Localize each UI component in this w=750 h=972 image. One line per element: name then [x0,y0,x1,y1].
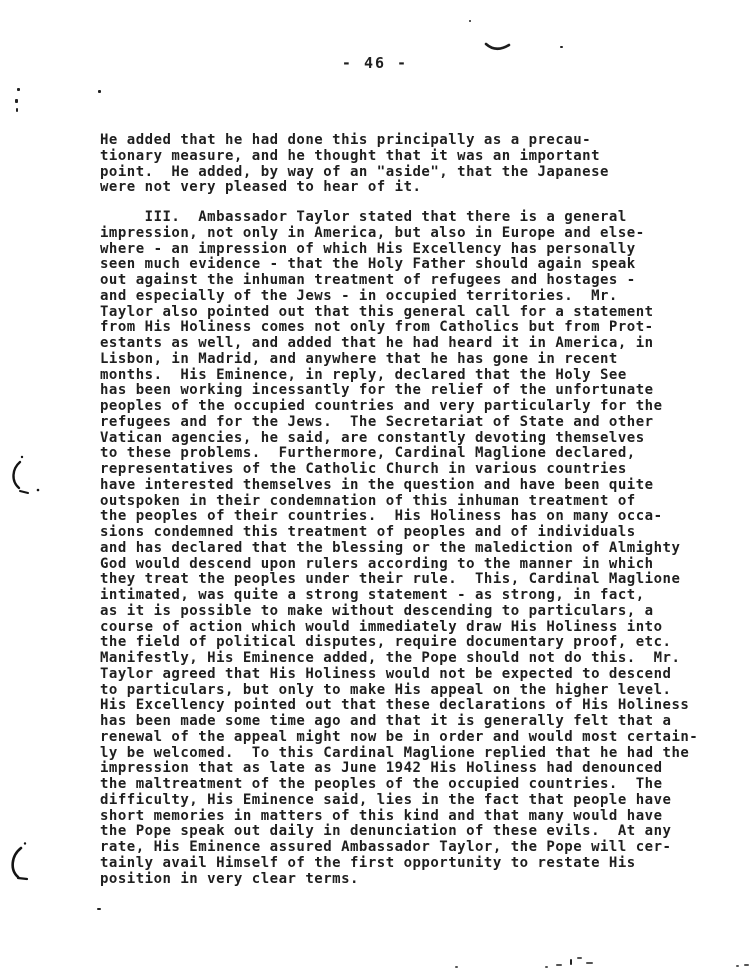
text-line: seen much evidence - that the Holy Fathe… [100,257,698,273]
text-line: renewal of the appeal might now be in or… [100,730,698,746]
text-line: course of action which would immediately… [100,620,698,636]
text-line: short memories in matters of this kind a… [100,809,698,825]
text-line: Vatican agencies, he said, are constantl… [100,431,698,447]
ink-speck [560,46,563,48]
ink-speck [736,965,739,967]
ink-speck [577,957,582,959]
text-line: rate, His Eminence assured Ambassador Ta… [100,840,698,856]
text-line: representatives of the Catholic Church i… [100,462,698,478]
text-line: tionary measure, and he thought that it … [100,149,609,165]
text-line: out against the inhuman treatment of ref… [100,273,698,289]
text-line: to particulars, but only to make His app… [100,683,698,699]
paragraph-section-iii: III. Ambassador Taylor stated that there… [100,210,698,887]
text-line: peoples of the occupied countries and ve… [100,399,698,415]
text-line: outspoken in their condemnation of this … [100,494,698,510]
text-line: God would descend upon rulers according … [100,557,698,573]
text-line: Taylor also pointed out that this genera… [100,305,698,321]
text-line: Manifestly, His Eminence added, the Pope… [100,651,698,667]
text-line: the maltreatment of the peoples of the o… [100,777,698,793]
text-line: estants as well, and added that he had h… [100,336,698,352]
ink-speck [469,20,471,22]
ink-speck [545,966,548,968]
page-number: - 46 - [0,54,750,72]
ink-speck [17,88,20,91]
text-line: were not very pleased to hear of it. [100,180,609,196]
scanned-document-page: - 46 - He added that he had done this pr… [0,0,750,972]
text-line: refugees and for the Jews. The Secretari… [100,415,698,431]
text-line: months. His Eminence, in reply, declared… [100,368,698,384]
text-line: and has declared that the blessing or th… [100,541,698,557]
ink-speck [98,90,101,93]
text-line: the field of political disputes, require… [100,635,698,651]
text-line: from His Holiness comes not only from Ca… [100,320,698,336]
text-line: Taylor agreed that His Holiness would no… [100,667,698,683]
text-line: has been working incessantly for the rel… [100,383,698,399]
text-line: and especially of the Jews - in occupied… [100,289,698,305]
ink-speck [586,962,593,964]
text-line: where - an impression of which His Excel… [100,242,698,258]
text-line: intimated, was quite a strong statement … [100,588,698,604]
ink-speck [16,108,18,112]
text-line: as it is possible to make without descen… [100,604,698,620]
handwritten-paren-mark [8,455,48,501]
ink-speck [97,908,101,910]
handwritten-paren-mark [5,842,39,888]
ink-speck [455,966,458,968]
text-line: Lisbon, in Madrid, and anywhere that he … [100,352,698,368]
text-line: sions condemned this treatment of people… [100,525,698,541]
text-line: position in very clear terms. [100,872,698,888]
text-line: ly be welcomed. To this Cardinal Maglion… [100,746,698,762]
text-line: has been made some time ago and that it … [100,714,698,730]
text-line: impression that as late as June 1942 His… [100,761,698,777]
ink-speck [744,964,749,966]
text-line: they treat the peoples under their rule.… [100,572,698,588]
text-line: III. Ambassador Taylor stated that there… [100,210,698,226]
text-line: have interested themselves in the questi… [100,478,698,494]
text-line: impression, not only in America, but als… [100,226,698,242]
ink-speck [15,99,18,103]
text-line: difficulty, His Eminence said, lies in t… [100,793,698,809]
paragraph-continuation: He added that he had done this principal… [100,133,609,196]
text-line: to these problems. Furthermore, Cardinal… [100,446,698,462]
text-line: the peoples of their countries. His Holi… [100,509,698,525]
text-line: His Excellency pointed out that these de… [100,698,698,714]
text-line: the Pope speak out daily in denunciation… [100,824,698,840]
text-line: point. He added, by way of an "aside", t… [100,165,609,181]
ink-speck [556,964,562,966]
text-line: He added that he had done this principal… [100,133,609,149]
ink-speck [570,959,572,965]
smudge-curve-mark [483,41,513,55]
text-line: tainly avail Himself of the first opport… [100,856,698,872]
